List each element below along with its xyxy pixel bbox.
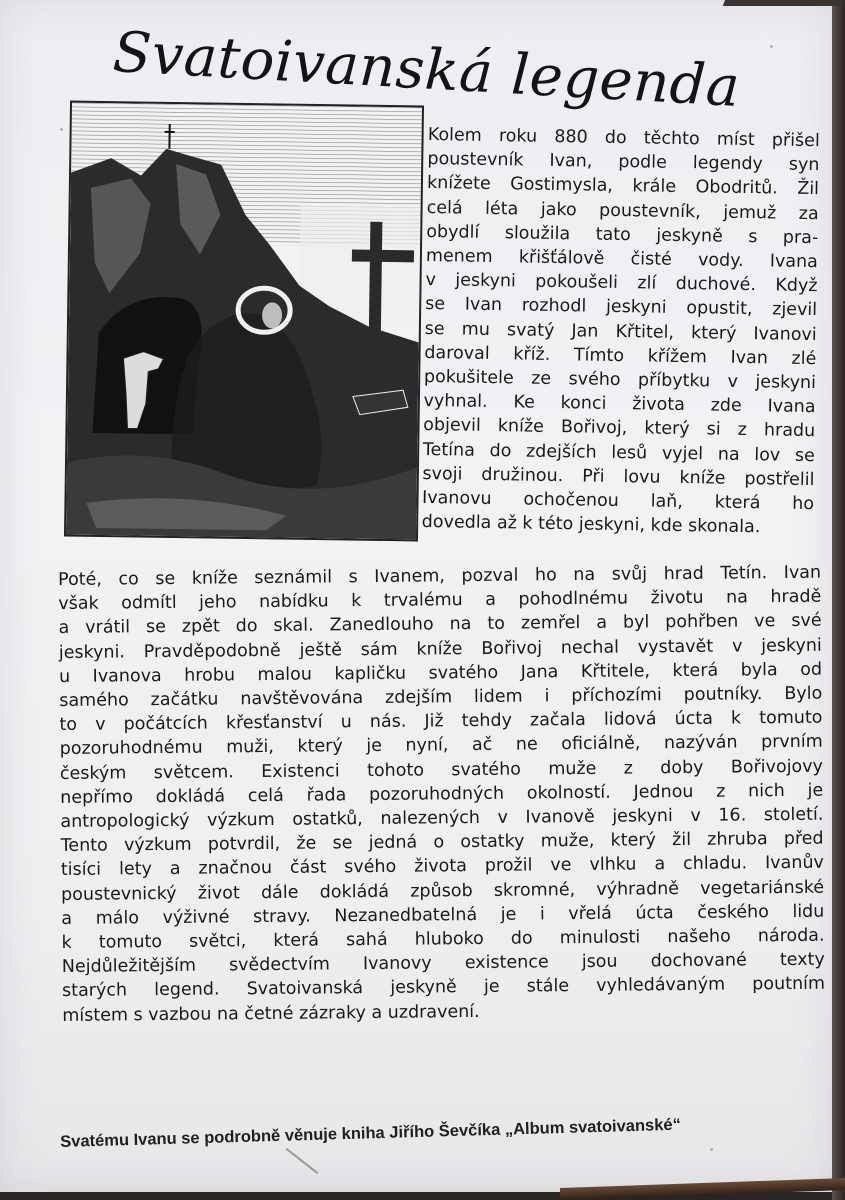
dust-speck <box>60 128 63 131</box>
engraving-image-icon <box>66 103 422 540</box>
frame-edge-right <box>832 0 845 1200</box>
legend-sign-board: Svatoivanská legenda <box>0 0 832 1192</box>
hermit-engraving-illustration <box>64 101 424 542</box>
dust-speck <box>770 45 773 48</box>
text-line: dovedla až k této jeskyni, kde skonala. <box>422 510 814 540</box>
intro-paragraph: Kolem roku 880 do těchto míst přišel pou… <box>422 123 820 541</box>
frame-edge-top <box>723 0 845 6</box>
surface-scratch <box>286 1148 319 1174</box>
book-credit-note: Svatému Ivanu se podrobně věnuje kniha J… <box>60 1112 830 1152</box>
main-paragraph: Poté, co se kníže seznámil s Ivanem, poz… <box>58 561 825 1028</box>
dust-speck <box>710 1148 713 1151</box>
